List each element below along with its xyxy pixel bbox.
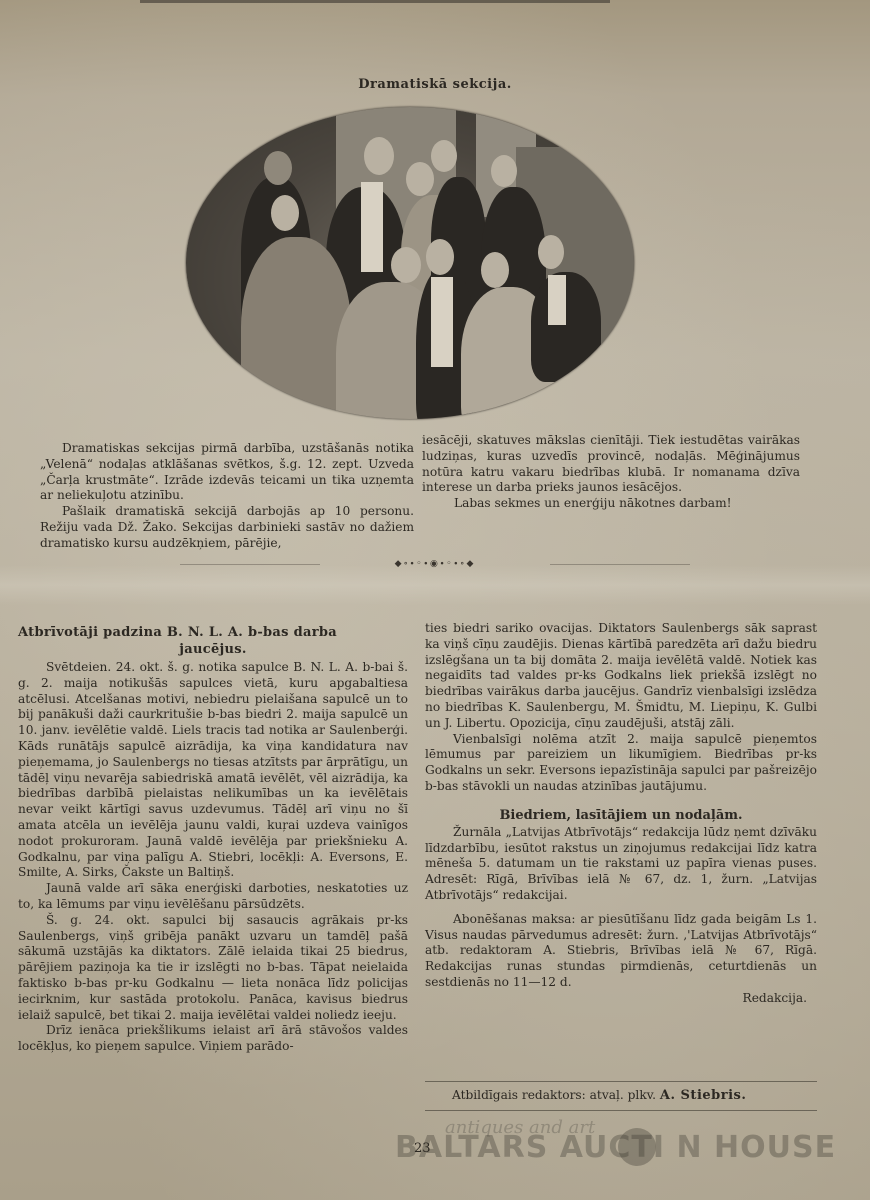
group-photo — [186, 107, 634, 419]
headline-line-2: jaucējus. — [18, 641, 408, 658]
editor-line: Atbildīgais redaktors: atvaļ. plkv. A. S… — [452, 1088, 746, 1103]
paragraph: Jaunā valde arī sāka enerģiski darboties… — [18, 881, 408, 913]
section-title: Dramatiskā sekcija. — [0, 77, 870, 92]
paragraph: iesācēji, skatuves mākslas cienītāji. Ti… — [422, 433, 800, 496]
editor-name: A. Stiebris. — [660, 1088, 746, 1103]
page-number: 23 — [414, 1141, 431, 1156]
paragraph: Dramatiskas sekcijas pirmā darbība, uzst… — [40, 441, 414, 504]
rule-top — [425, 1081, 817, 1082]
paragraph: Žurnāla „Latvijas Atbrīvotājs“ redakcija… — [425, 825, 817, 904]
paragraph: Š. g. 24. okt. sapulci bij sasaucis agrā… — [18, 913, 408, 1024]
article-headline: Atbrīvotāji padzina B. N. L. A. b-bas da… — [18, 624, 408, 658]
paragraph: Vienbalsīgi nolēma atzīt 2. maija sapulc… — [425, 732, 817, 795]
signature: Redakcija. — [425, 991, 817, 1007]
newspaper-page: Dramatiskā sekcija. Dramatiskas sekcijas… — [0, 0, 870, 1200]
closing-line: Labas sekmes un enerģiju nākotnes darbam… — [422, 496, 800, 512]
article-right-column: ties biedri sariko ovacijas. Diktators S… — [425, 621, 817, 1007]
paragraph: Abonēšanas maksa: ar piesūtīšanu līdz ga… — [425, 912, 817, 991]
rule-bottom — [425, 1110, 817, 1111]
top-edge-strip — [140, 0, 610, 3]
drama-left-column: Dramatiskas sekcijas pirmā darbība, uzst… — [40, 441, 414, 552]
paper-fold — [0, 565, 870, 605]
paragraph: Svētdeien. 24. okt. š. g. notika sapulce… — [18, 660, 408, 881]
paragraph: ties biedri sariko ovacijas. Diktators S… — [425, 621, 817, 732]
paragraph: Pašlaik dramatiskā sekcijā darbojās ap 1… — [40, 504, 414, 551]
paragraph: Drīz ienāca priekšlikums ielaist arī ārā… — [18, 1023, 408, 1055]
ornament-divider: ◆∘∙◦∙◉∙◦∙∘◆ — [320, 559, 550, 569]
editor-label: Atbildīgais redaktors: atvaļ. plkv. — [452, 1088, 656, 1102]
article-left-column: Atbrīvotāji padzina B. N. L. A. b-bas da… — [18, 624, 408, 1055]
drama-right-column: iesācēji, skatuves mākslas cienītāji. Ti… — [422, 433, 800, 512]
headline-line-1: Atbrīvotāji padzina B. N. L. A. b-bas da… — [18, 625, 337, 640]
watermark: BALTARS AUCTI N HOUSE — [395, 1130, 836, 1165]
notice-heading: Biedriem, lasītājiem un nodaļām. — [425, 807, 817, 824]
